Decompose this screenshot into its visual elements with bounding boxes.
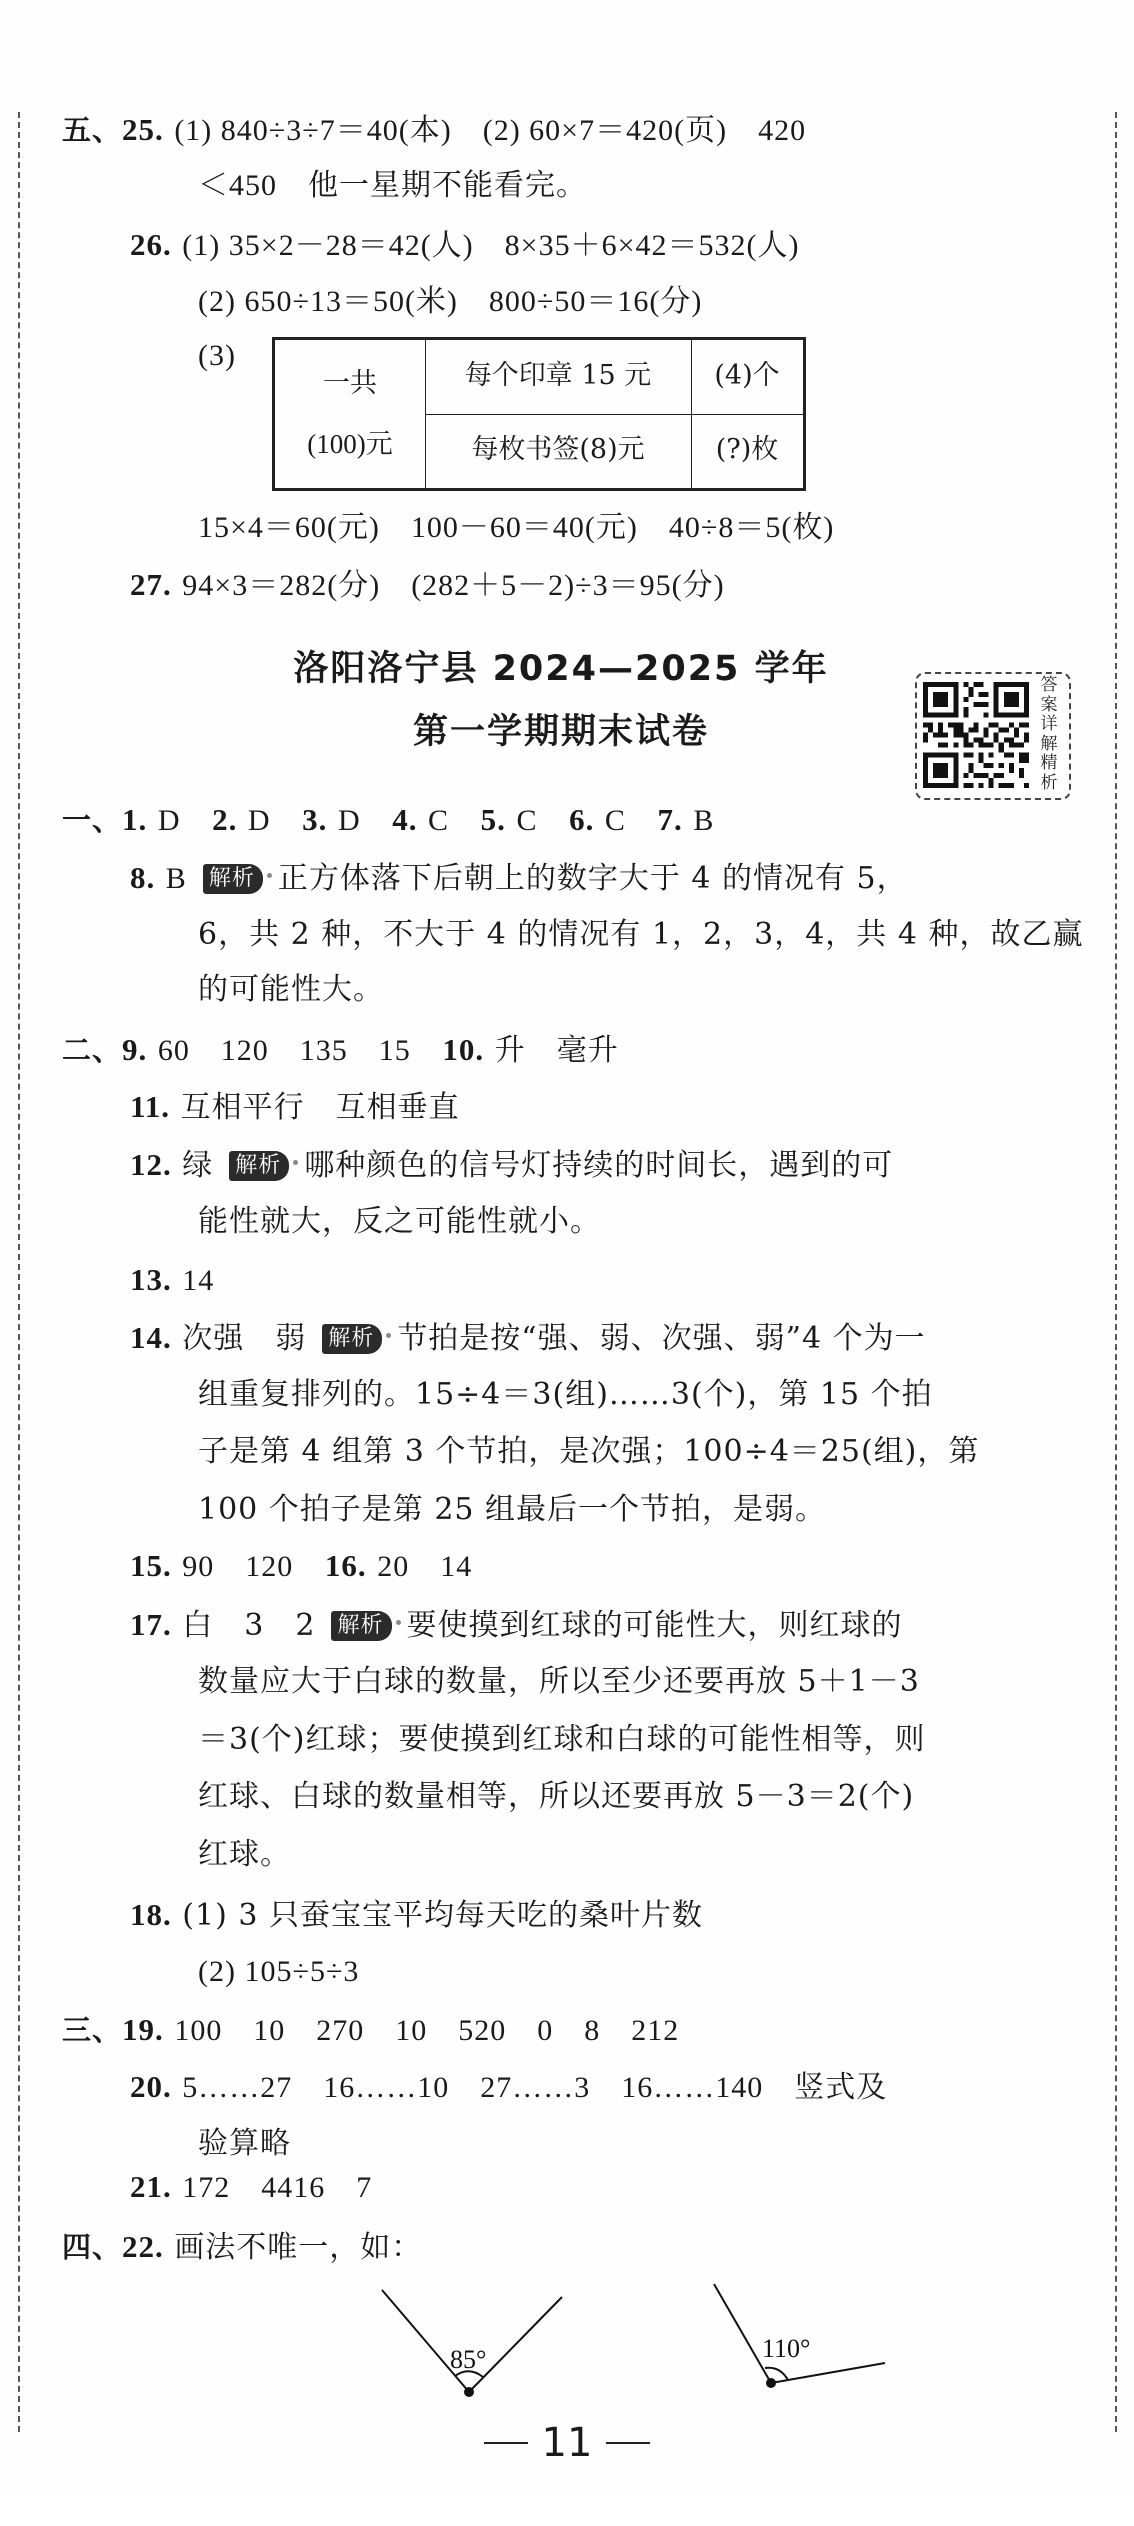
- angle-diagrams: 85° 110°: [0, 0, 1134, 2526]
- angle-110-label: 110°: [762, 2334, 810, 2363]
- page-number: 11: [0, 2420, 1134, 2466]
- dash-decoration: [606, 2442, 650, 2444]
- dash-decoration: [484, 2442, 528, 2444]
- vertex-dot-icon: [464, 2387, 474, 2397]
- angle-85-label: 85°: [450, 2345, 486, 2374]
- angle-85-diagram: [382, 2290, 562, 2392]
- vertex-dot-icon: [766, 2378, 776, 2388]
